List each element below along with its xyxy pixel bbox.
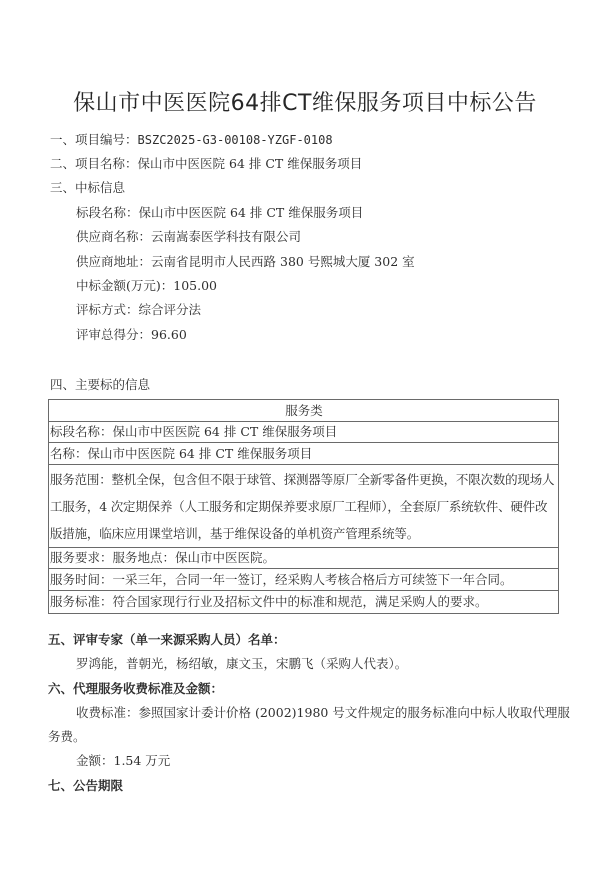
table-row: 服务类 — [49, 400, 559, 422]
lot-name-cell: 标段名称：保山市中医医院 64 排 CT 维保服务项目 — [49, 422, 559, 443]
table-row: 名称：保山市中医医院 64 排 CT 维保服务项目 — [49, 443, 559, 465]
supplier-address-line: 供应商地址：云南省昆明市人民西路 380 号熙城大厦 302 室 — [76, 254, 415, 270]
award-amount-line: 中标金额(万元)：105.00 — [76, 278, 217, 294]
table-row: 服务要求：服务地点：保山市中医医院。 — [49, 548, 559, 569]
service-scope-line: 版措施，临床应用课堂培训，基于维保设备的单机资产管理系统等。 — [50, 520, 558, 547]
service-requirement-cell: 服务要求：服务地点：保山市中医医院。 — [49, 548, 559, 569]
page-title: 保山市中医医院64排CT维保服务项目中标公告 — [0, 86, 600, 117]
lot-name-line: 标段名称：保山市中医医院 64 排 CT 维保服务项目 — [76, 205, 363, 221]
fee-standard-line-continued: 务费。 — [48, 729, 86, 745]
service-scope-cell: 服务范围：整机全保，包含但不限于球管、探测器等原厂全新零备件更换，不限次数的现场… — [49, 465, 559, 548]
evaluation-method-value: 综合评分法 — [139, 302, 202, 317]
project-name-value: 保山市中医医院 64 排 CT 维保服务项目 — [138, 156, 363, 171]
lot-name-label: 标段名称： — [76, 205, 139, 220]
award-amount-label: 中标金额(万元)： — [76, 278, 173, 293]
table-header-cell: 服务类 — [49, 400, 559, 422]
agency-fee-heading: 六、代理服务收费标准及金额： — [48, 681, 223, 697]
table-row: 标段名称：保山市中医医院 64 排 CT 维保服务项目 — [49, 422, 559, 443]
total-score-line: 评审总得分：96.60 — [76, 327, 187, 343]
subject-info-table: 服务类 标段名称：保山市中医医院 64 排 CT 维保服务项目 名称：保山市中医… — [48, 399, 559, 614]
evaluation-method-label: 评标方式： — [76, 302, 139, 317]
evaluation-method-line: 评标方式：综合评分法 — [76, 302, 201, 318]
service-scope-line: 服务范围：整机全保，包含但不限于球管、探测器等原厂全新零备件更换，不限次数的现场… — [50, 466, 558, 493]
lot-name-value: 保山市中医医院 64 排 CT 维保服务项目 — [139, 205, 364, 220]
service-standard-cell: 服务标准：符合国家现行行业及招标文件中的标准和规范，满足采购人的要求。 — [49, 591, 559, 614]
supplier-address-label: 供应商地址： — [76, 254, 151, 269]
total-score-label: 评审总得分： — [76, 327, 151, 342]
supplier-name-label: 供应商名称： — [76, 229, 151, 244]
project-name-line: 二、项目名称：保山市中医医院 64 排 CT 维保服务项目 — [50, 156, 362, 172]
supplier-name-value: 云南嵩泰医学科技有限公司 — [151, 229, 301, 244]
service-scope-line: 工服务，4 次定期保养（人工服务和定期保养要求原厂工程师），全套原厂系统软件、硬… — [50, 493, 558, 520]
supplier-address-value: 云南省昆明市人民西路 380 号熙城大厦 302 室 — [151, 254, 415, 269]
announcement-page: 保山市中医医院64排CT维保服务项目中标公告 一、项目编号：BSZC2025-G… — [0, 0, 600, 878]
name-cell: 名称：保山市中医医院 64 排 CT 维保服务项目 — [49, 443, 559, 465]
announcement-period-heading: 七、公告期限 — [48, 778, 123, 794]
project-number-label: 一、项目编号： — [50, 132, 138, 147]
service-time-cell: 服务时间：一采三年，合同一年一签订，经采购人考核合格后方可续签下一年合同。 — [49, 569, 559, 591]
total-score-value: 96.60 — [151, 327, 187, 342]
award-info-heading: 三、中标信息 — [50, 180, 125, 196]
supplier-name-line: 供应商名称：云南嵩泰医学科技有限公司 — [76, 229, 301, 245]
award-amount-value: 105.00 — [173, 278, 217, 293]
table-row: 服务时间：一采三年，合同一年一签订，经采购人考核合格后方可续签下一年合同。 — [49, 569, 559, 591]
main-subject-heading: 四、主要标的信息 — [50, 377, 150, 393]
table-row: 服务范围：整机全保，包含但不限于球管、探测器等原厂全新零备件更换，不限次数的现场… — [49, 465, 559, 548]
expert-list-heading: 五、评审专家（单一来源采购人员）名单： — [48, 632, 286, 648]
project-number-line: 一、项目编号：BSZC2025-G3-00108-YZGF-0108 — [50, 132, 333, 148]
fee-amount-line: 金额：1.54 万元 — [76, 753, 170, 769]
fee-standard-line: 收费标准：参照国家计委计价格 (2002)1980 号文件规定的服务标准向中标人… — [76, 705, 570, 721]
project-name-label: 二、项目名称： — [50, 156, 138, 171]
table-row: 服务标准：符合国家现行行业及招标文件中的标准和规范，满足采购人的要求。 — [49, 591, 559, 614]
expert-list-value: 罗鸿能，普朝光，杨绍敏，康文玉，宋鹏飞（采购人代表）。 — [76, 656, 407, 672]
project-number-value: BSZC2025-G3-00108-YZGF-0108 — [138, 133, 333, 147]
